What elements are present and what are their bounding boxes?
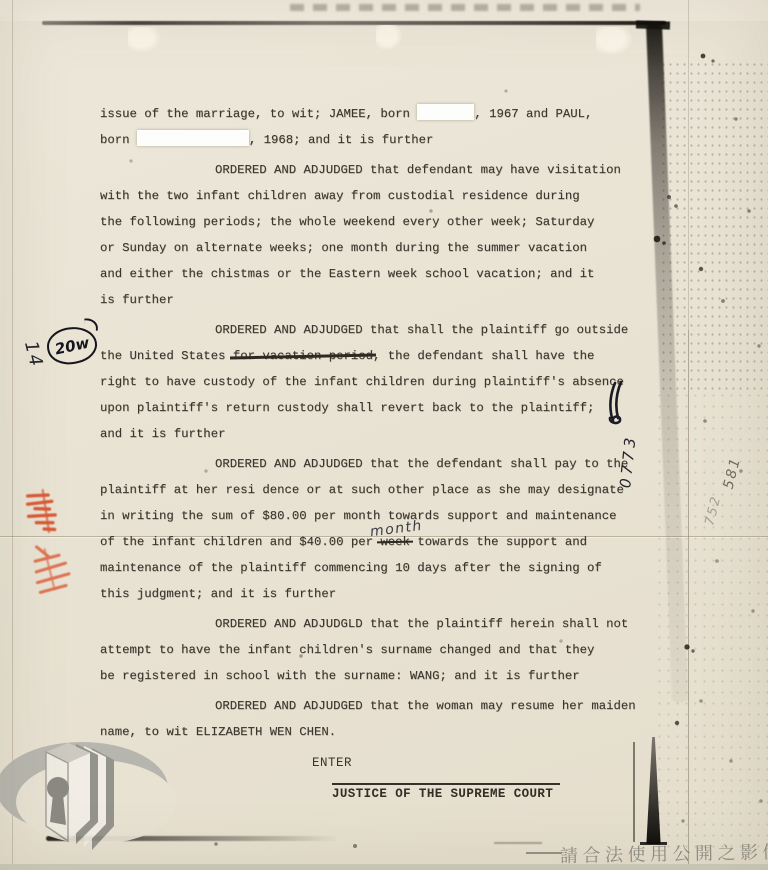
typewritten-line: born , 1968; and it is further: [100, 127, 660, 153]
speckle-noise: [0, 0, 2, 2]
typewritten-line: the United States for vacation period, t…: [100, 343, 660, 369]
struck-text: for vacation period: [233, 343, 373, 369]
typewritten-line: with the two infant children away from c…: [100, 183, 660, 209]
signature-rule: [332, 783, 560, 785]
red-seal-stamp-upper: [13, 482, 72, 542]
signature-block: JUSTICE OF THE SUPREME COURT: [332, 783, 560, 801]
redaction-box: [417, 104, 474, 120]
typewritten-line: ORDERED AND ADJUDGED that defendant may …: [100, 157, 660, 183]
typewritten-line: ORDERED AND ADJUDGED that shall the plai…: [100, 317, 660, 343]
scan-smudge-top-faint: [290, 4, 640, 11]
enter-label: ENTER: [312, 756, 352, 770]
typewritten-line: be registered in school with the surname…: [100, 663, 660, 689]
margin-number-left: 14: [20, 339, 47, 370]
typewritten-line: right to have custody of the infant chil…: [100, 369, 660, 395]
scan-line-bottom-right: [633, 742, 635, 842]
typewritten-line: this judgment; and it is further: [100, 581, 660, 607]
typewritten-line: name, to wit ELIZABETH WEN CHEN.: [100, 719, 660, 745]
typewritten-line: of the infant children and $40.00 per we…: [100, 529, 660, 555]
scan-noise-right-upper: [660, 60, 768, 390]
struck-text: weekmonth: [380, 529, 410, 555]
paper-edge-right-dark: [688, 330, 689, 870]
redaction-box: [137, 130, 249, 146]
staple-hole-spot: [596, 27, 632, 55]
scan-noise-right-lower: [655, 390, 768, 850]
scan-corner-mark: [636, 20, 670, 29]
document-body: issue of the marriage, to wit; JAMEE, bo…: [100, 101, 660, 745]
typewritten-line: attempt to have the infant children's su…: [100, 637, 660, 663]
handwritten-correction: month: [369, 513, 425, 545]
typewritten-line: ORDERED AND ADJUDGED that the defendant …: [100, 451, 660, 477]
typewritten-line: issue of the marriage, to wit; JAMEE, bo…: [100, 101, 660, 127]
typewritten-line: and either the chistmas or the Eastern w…: [100, 261, 660, 287]
scan-smudge-top: [42, 21, 666, 25]
typewritten-line: ORDERED AND ADJUDGLD that the plaintiff …: [100, 611, 660, 637]
staple-hole-spot: [376, 25, 402, 50]
scan-dash-bottom: [494, 842, 542, 844]
margin-number-right-pencil-2: 752: [702, 494, 724, 528]
scan-wedge-bottom-right: [645, 737, 662, 844]
typewritten-line: maintenance of the plaintiff commencing …: [100, 555, 660, 581]
archives-logo: [0, 730, 176, 870]
typewritten-line: the following periods; the whole weekend…: [100, 209, 660, 235]
signature-title: JUSTICE OF THE SUPREME COURT: [332, 787, 560, 801]
red-seal-stamp-lower: [10, 532, 82, 606]
typewritten-line: upon plaintiff's return custody shall re…: [100, 395, 660, 421]
margin-number-right-pencil: 581: [721, 455, 744, 491]
circled-initials-annotation: 20w: [44, 322, 101, 369]
ink-scribble-mark: [603, 380, 631, 428]
typewritten-line: plaintiff at her resi dence or at such o…: [100, 477, 660, 503]
typewritten-line: and it is further: [100, 421, 660, 447]
watermark-dash: [526, 852, 562, 854]
typewritten-line: or Sunday on alternate weeks; one month …: [100, 235, 660, 261]
copyright-watermark-text: 請合法使用公開之影像: [560, 838, 768, 868]
scanned-document-page: issue of the marriage, to wit; JAMEE, bo…: [0, 0, 768, 870]
typewritten-line: ORDERED AND ADJUDGED that the woman may …: [100, 693, 660, 719]
staple-hole-spot: [128, 27, 160, 52]
paper-edge-right: [688, 0, 689, 870]
photo-top-strip: [0, 0, 768, 21]
typewritten-line: is further: [100, 287, 660, 313]
